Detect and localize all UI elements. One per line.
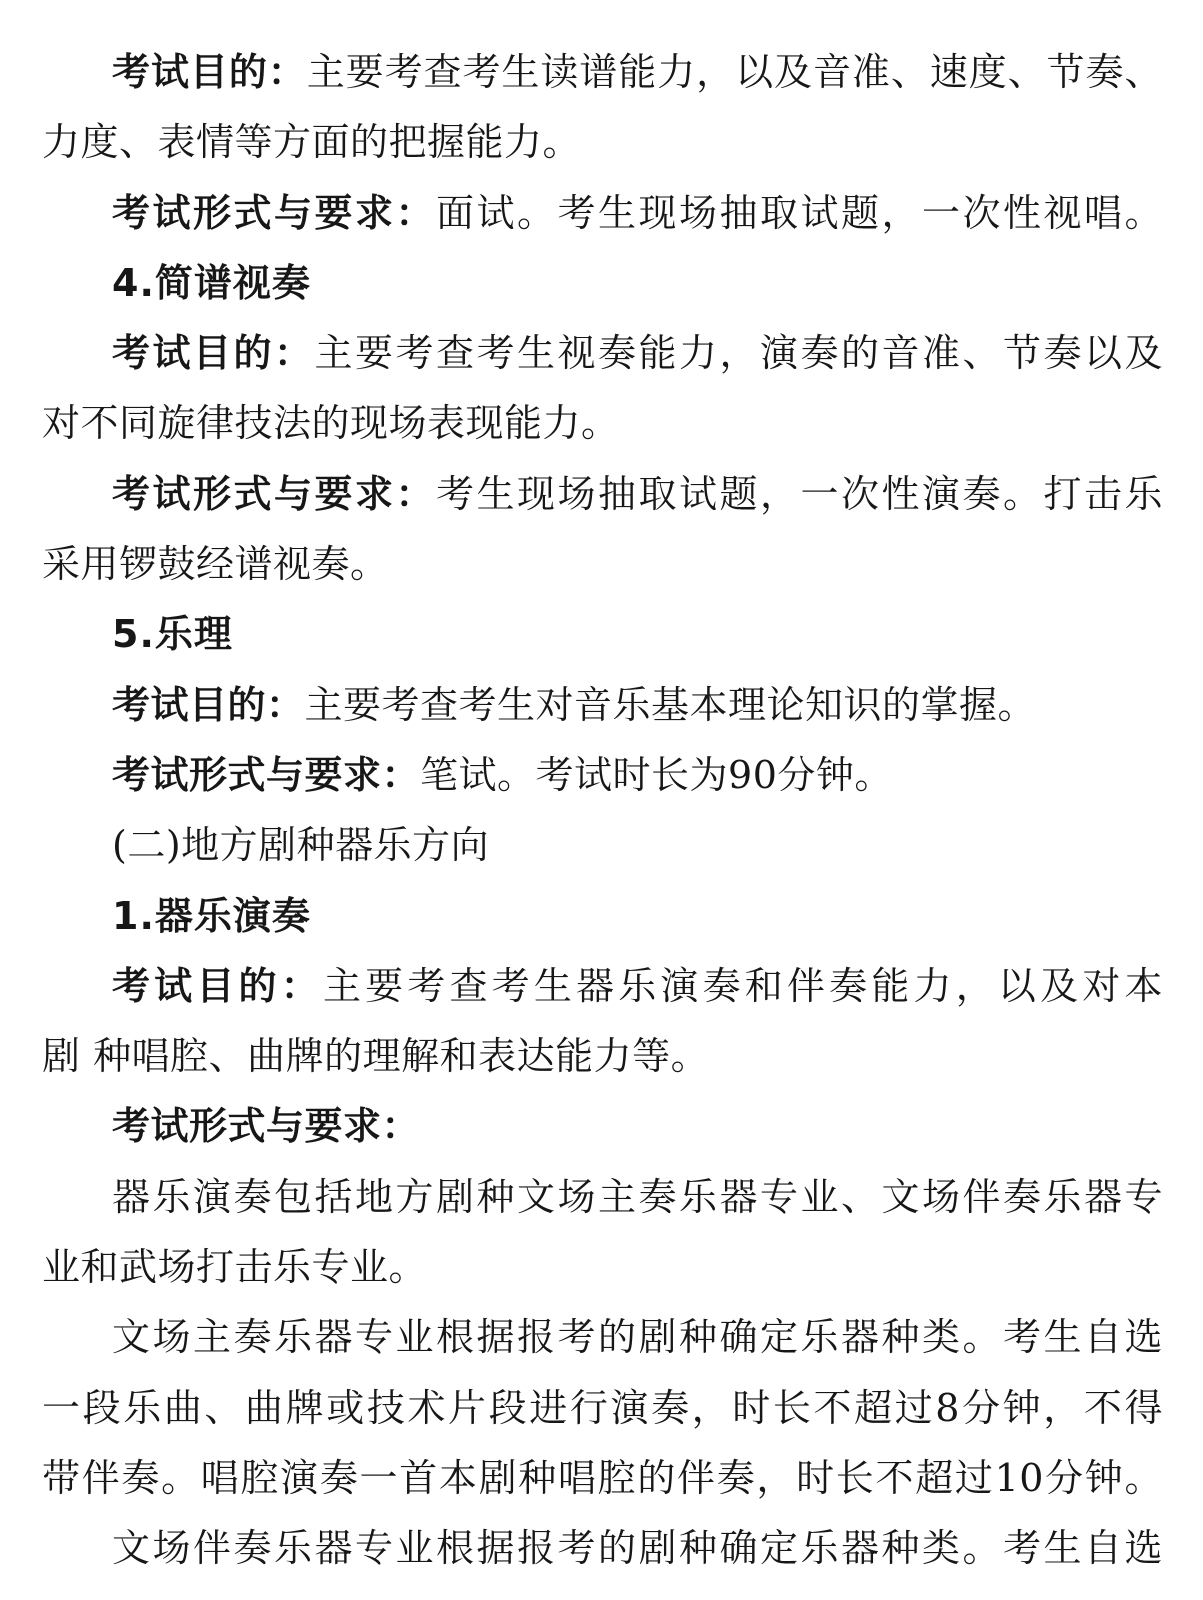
exam-format-label: 考试形式与要求： <box>112 191 436 235</box>
document-page: 考试目的：主要考查考生读谱能力，以及音准、速度、节奏、 力度、表情等方面的把握能… <box>0 0 1203 1600</box>
body-text: 笔试。考试时长为90分钟。 <box>420 753 893 797</box>
body-text: 考生现场抽取试题，一次性演奏。打击乐 <box>436 472 1163 516</box>
body-text: 业和武场打击乐专业。 <box>42 1245 427 1289</box>
body-text: 主要考查考生器乐演奏和伴奏能力，以及对本 <box>323 964 1163 1008</box>
exam-format-sight-playing-line1: 考试形式与要求：考生现场抽取试题，一次性演奏。打击乐 <box>42 459 1163 529</box>
exam-purpose-sight-singing-line2: 力度、表情等方面的把握能力。 <box>42 107 1163 177</box>
exam-format-label: 考试形式与要求： <box>112 1104 420 1148</box>
heading-5-music-theory: 5.乐理 <box>42 599 1163 669</box>
exam-purpose-sight-playing-line2: 对不同旋律技法的现场表现能力。 <box>42 388 1163 458</box>
exam-purpose-label: 考试目的： <box>112 683 305 727</box>
exam-format-label: 考试形式与要求： <box>112 753 420 797</box>
exam-format-label: 考试形式与要求： <box>112 472 436 516</box>
body-text: 器乐演奏包括地方剧种文场主奏乐器专业、文场伴奏乐器专 <box>112 1175 1163 1219</box>
body-text: 文场主奏乐器专业根据报考的剧种确定乐器种类。考生自选 <box>112 1315 1163 1359</box>
exam-purpose-sight-playing-line1: 考试目的：主要考查考生视奏能力，演奏的音准、节奏以及 <box>42 318 1163 388</box>
body-text: 主要考查考生读谱能力，以及音准、速度、节奏、 <box>307 50 1163 94</box>
section-heading-text: (二)地方剧种器乐方向 <box>112 823 489 867</box>
exam-format-instrumental-label-line: 考试形式与要求： <box>42 1091 1163 1161</box>
body-text: 带伴奏。唱腔演奏一首本剧种唱腔的伴奏，时长不超过10分钟。 <box>42 1456 1163 1500</box>
exam-purpose-label: 考试目的： <box>112 964 323 1008</box>
exam-purpose-label: 考试目的： <box>112 50 307 94</box>
heading-text: 4.简谱视奏 <box>112 261 311 305</box>
heading-1-instrumental-performance: 1.器乐演奏 <box>42 881 1163 951</box>
heading-text: 1.器乐演奏 <box>112 894 311 938</box>
wenchang-lead-instrument-line2: 一段乐曲、曲牌或技术片段进行演奏，时长不超过8分钟，不得 <box>42 1373 1163 1443</box>
heading-text: 5.乐理 <box>112 612 233 656</box>
body-text: 对不同旋律技法的现场表现能力。 <box>42 401 620 445</box>
exam-purpose-label: 考试目的： <box>112 331 315 375</box>
instrumental-scope-line1: 器乐演奏包括地方剧种文场主奏乐器专业、文场伴奏乐器专 <box>42 1162 1163 1232</box>
body-text: 力度、表情等方面的把握能力。 <box>42 120 581 164</box>
body-text: 一段乐曲、曲牌或技术片段进行演奏，时长不超过8分钟，不得 <box>42 1386 1163 1430</box>
wenchang-lead-instrument-line1: 文场主奏乐器专业根据报考的剧种确定乐器种类。考生自选 <box>42 1302 1163 1372</box>
exam-purpose-instrumental-line2: 剧 种唱腔、曲牌的理解和表达能力等。 <box>42 1021 1163 1091</box>
exam-purpose-music-theory-line: 考试目的：主要考查考生对音乐基本理论知识的掌握。 <box>42 670 1163 740</box>
exam-purpose-sight-singing-line1: 考试目的：主要考查考生读谱能力，以及音准、速度、节奏、 <box>42 37 1163 107</box>
exam-purpose-instrumental-line1: 考试目的：主要考查考生器乐演奏和伴奏能力，以及对本 <box>42 951 1163 1021</box>
exam-format-music-theory-line: 考试形式与要求：笔试。考试时长为90分钟。 <box>42 740 1163 810</box>
wenchang-lead-instrument-line3: 带伴奏。唱腔演奏一首本剧种唱腔的伴奏，时长不超过10分钟。 <box>42 1443 1163 1513</box>
body-text: 文场伴奏乐器专业根据报考的剧种确定乐器种类。考生自选 <box>112 1526 1163 1570</box>
body-text: 面试。考生现场抽取试题，一次性视唱。 <box>436 191 1163 235</box>
body-text: 剧 种唱腔、曲牌的理解和表达能力等。 <box>42 1034 709 1078</box>
body-text: 采用锣鼓经谱视奏。 <box>42 542 389 586</box>
heading-4-jianpu-sight-reading: 4.简谱视奏 <box>42 248 1163 318</box>
wenchang-accompany-instrument-line1: 文场伴奏乐器专业根据报考的剧种确定乐器种类。考生自选 <box>42 1513 1163 1583</box>
exam-format-sight-playing-line2: 采用锣鼓经谱视奏。 <box>42 529 1163 599</box>
section-heading-local-opera-instrumental: (二)地方剧种器乐方向 <box>42 810 1163 880</box>
exam-format-sight-singing-line: 考试形式与要求：面试。考生现场抽取试题，一次性视唱。 <box>42 178 1163 248</box>
body-text: 主要考查考生视奏能力，演奏的音准、节奏以及 <box>315 331 1163 375</box>
instrumental-scope-line2: 业和武场打击乐专业。 <box>42 1232 1163 1302</box>
body-text: 主要考查考生对音乐基本理论知识的掌握。 <box>305 683 1037 727</box>
